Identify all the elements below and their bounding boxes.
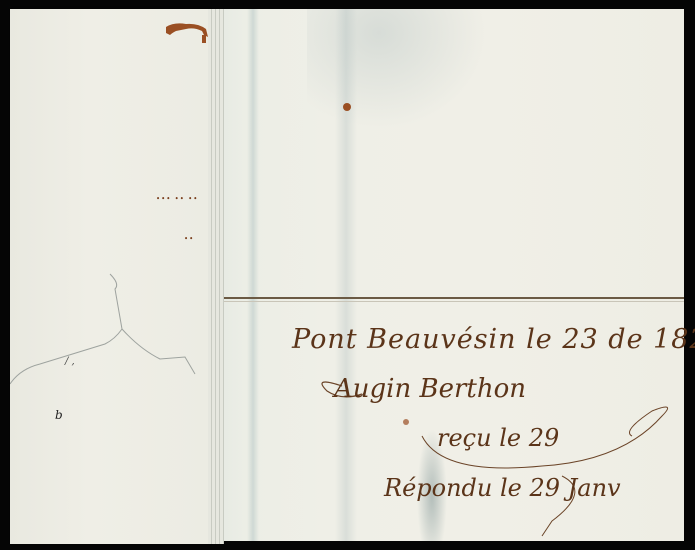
fold-line — [247, 9, 259, 541]
address-annotation: Pont Beauvésin le 23 de 1822 Augin Berth… — [292, 316, 682, 541]
letter-side-flap: ••• •• •• •• / , b — [10, 9, 209, 544]
ink-spot — [343, 103, 351, 111]
received-date-line: reçu le 29 — [437, 424, 559, 452]
horizontal-fold-edge-highlight — [223, 301, 684, 302]
paper-layer-edges — [208, 9, 224, 544]
svg-text:b: b — [55, 408, 63, 419]
replied-date-line: Répondu le 29 Janv — [384, 474, 621, 502]
paper-tear: / , b — [10, 269, 210, 419]
horizontal-fold-edge — [223, 297, 684, 299]
svg-text:/ ,: / , — [64, 356, 75, 367]
origin-date-line: Pont Beauvésin le 23 de 1822 — [292, 324, 695, 355]
ink-marks: ••• •• •• — [156, 195, 198, 203]
water-stain — [307, 9, 487, 129]
wax-seal-remnant — [164, 21, 210, 43]
sender-name-line: Augin Berthon — [334, 374, 526, 404]
ink-marks: •• — [184, 235, 194, 243]
